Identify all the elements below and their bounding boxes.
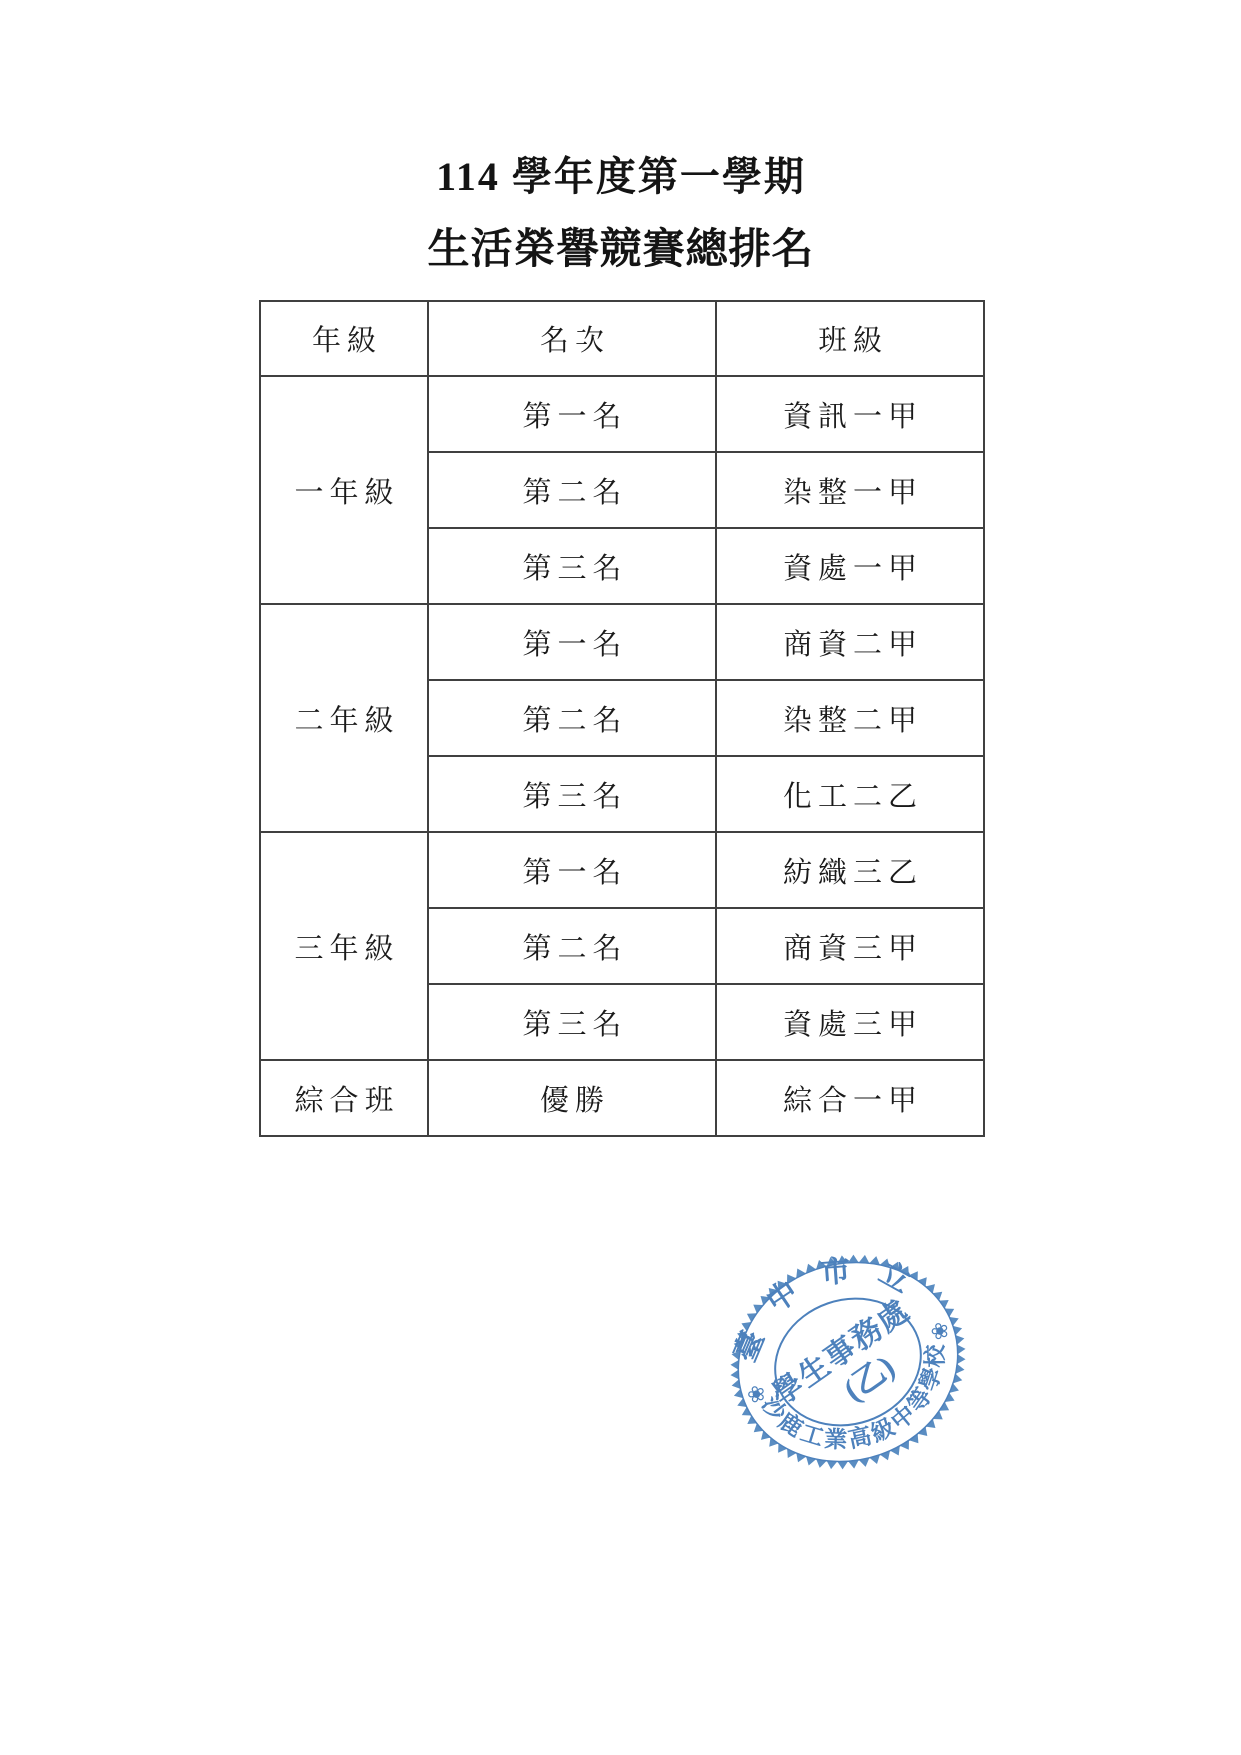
header-cell-class: 班級 [716, 301, 984, 376]
class-cell: 商資二甲 [716, 604, 984, 680]
table-row: 一年級 第一名 資訊一甲 [260, 376, 984, 452]
rank-cell: 第一名 [428, 604, 716, 680]
rank-cell: 第一名 [428, 832, 716, 908]
header-cell-rank: 名次 [428, 301, 716, 376]
stamp-svg: 臺中市立 沙鹿工業高級中等學校 ❀ ❀ 學生事務處 (乙) [696, 1214, 1001, 1509]
rank-cell: 優勝 [428, 1060, 716, 1136]
class-cell: 染整一甲 [716, 452, 984, 528]
rank-cell: 第二名 [428, 680, 716, 756]
rank-cell: 第三名 [428, 528, 716, 604]
class-cell: 資處三甲 [716, 984, 984, 1060]
rank-cell: 第二名 [428, 908, 716, 984]
rank-cell: 第一名 [428, 376, 716, 452]
table-row: 三年級 第一名 紡織三乙 [260, 832, 984, 908]
class-cell: 綜合一甲 [716, 1060, 984, 1136]
ranking-table: 年級 名次 班級 一年級 第一名 資訊一甲 第二名 染整一甲 第三名 資處一甲 … [259, 300, 985, 1137]
page: 114 學年度第一學期 生活榮譽競賽總排名 年級 名次 班級 一年級 第一名 資… [0, 0, 1241, 1755]
table-row: 二年級 第一名 商資二甲 [260, 604, 984, 680]
header-row: 年級 名次 班級 [260, 301, 984, 376]
page-title-line2: 生活榮譽競賽總排名 [259, 224, 983, 277]
school-seal-stamp: 臺中市立 沙鹿工業高級中等學校 ❀ ❀ 學生事務處 (乙) [696, 1214, 1001, 1509]
page-title-line1: 114 學年度第一學期 [259, 152, 983, 202]
grade-cell: 綜合班 [260, 1060, 428, 1136]
rank-cell: 第二名 [428, 452, 716, 528]
grade-cell: 一年級 [260, 376, 428, 604]
class-cell: 化工二乙 [716, 756, 984, 832]
grade-cell: 二年級 [260, 604, 428, 832]
class-cell: 商資三甲 [716, 908, 984, 984]
class-cell: 資訊一甲 [716, 376, 984, 452]
header-cell-grade: 年級 [260, 301, 428, 376]
rank-cell: 第三名 [428, 756, 716, 832]
rank-cell: 第三名 [428, 984, 716, 1060]
class-cell: 紡織三乙 [716, 832, 984, 908]
class-cell: 染整二甲 [716, 680, 984, 756]
class-cell: 資處一甲 [716, 528, 984, 604]
table-row: 綜合班 優勝 綜合一甲 [260, 1060, 984, 1136]
grade-cell: 三年級 [260, 832, 428, 1060]
